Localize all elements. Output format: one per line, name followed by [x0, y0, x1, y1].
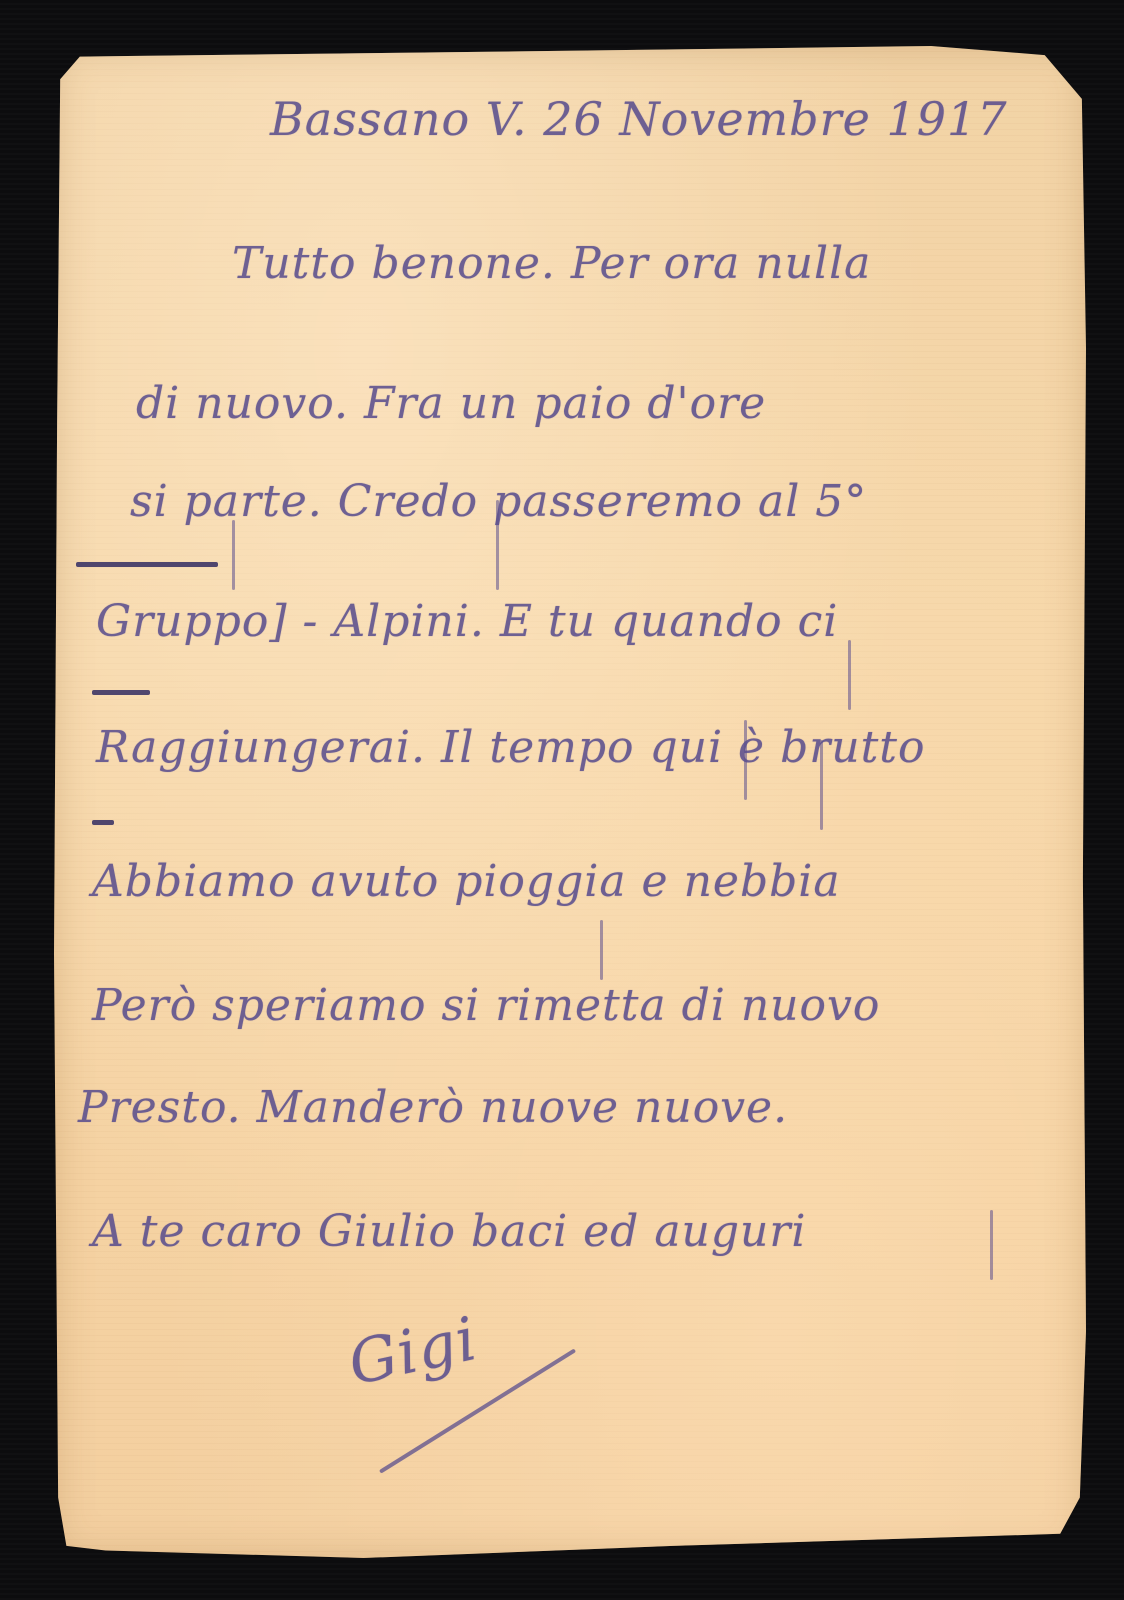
- ink-stroke: [600, 920, 603, 980]
- letter-line-1: Tutto benone. Per ora nulla: [232, 238, 871, 289]
- letter-line-7: Però speriamo si rimetta di nuovo: [92, 980, 880, 1031]
- margin-mark-top: [76, 562, 218, 567]
- ink-stroke: [820, 740, 823, 830]
- ink-stroke: [848, 640, 851, 710]
- margin-mark-small: [92, 820, 114, 825]
- scanned-document: Bassano V. 26 Novembre 1917 Tutto benone…: [0, 0, 1124, 1600]
- letter-line-5: Raggiungerai. Il tempo qui è brutto: [96, 722, 925, 773]
- letter-line-6: Abbiamo avuto pioggia e nebbia: [92, 856, 841, 907]
- ink-stroke: [990, 1210, 993, 1280]
- ink-stroke: [496, 500, 499, 590]
- ink-stroke: [744, 720, 747, 800]
- letter-line-9: A te caro Giulio baci ed auguri: [92, 1206, 807, 1257]
- margin-mark-middle: [92, 690, 150, 695]
- place-date-heading: Bassano V. 26 Novembre 1917: [270, 92, 1008, 146]
- ink-stroke: [232, 520, 235, 590]
- letter-line-2: di nuovo. Fra un paio d'ore: [136, 378, 766, 429]
- letter-line-4: Gruppo] - Alpini. E tu quando ci: [96, 596, 838, 647]
- letter-line-8: Presto. Manderò nuove nuove.: [78, 1082, 788, 1133]
